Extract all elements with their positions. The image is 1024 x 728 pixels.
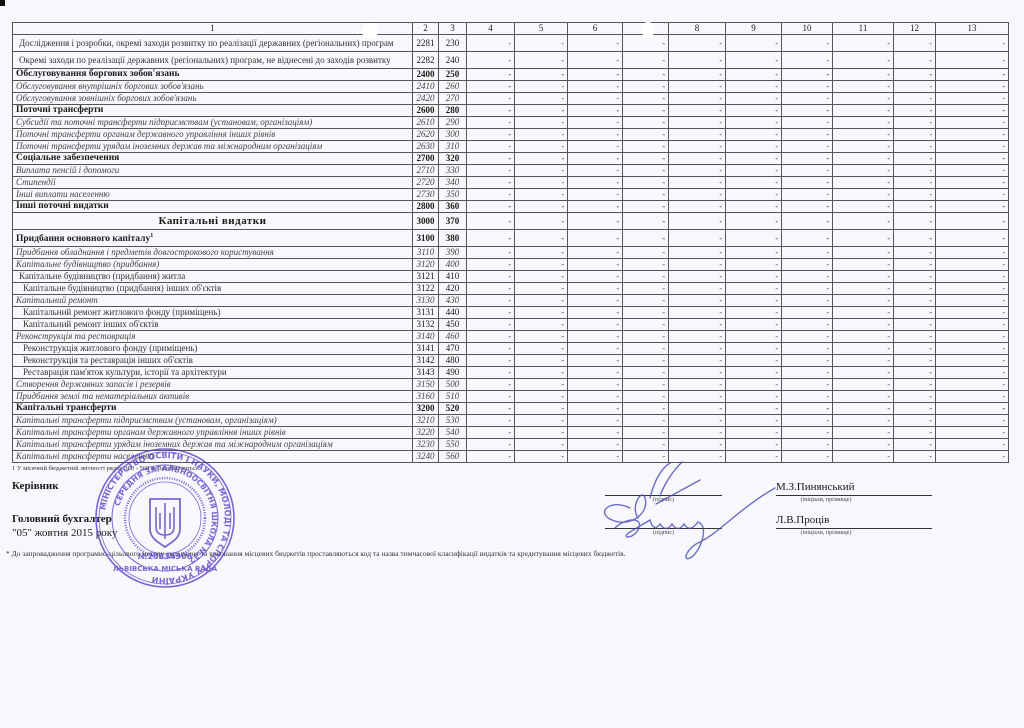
amount-cell: - — [467, 451, 515, 463]
column-header-9: 9 — [726, 23, 782, 35]
expenditure-table: 12345678910111213 Дослідження і розробки… — [12, 22, 1009, 463]
amount-cell: - — [833, 230, 894, 247]
row-label: Капітальні видатки — [13, 213, 413, 230]
amount-cell: - — [936, 295, 1009, 307]
amount-cell: - — [833, 247, 894, 259]
row-label: Капітальний ремонт інших об'єктів — [13, 319, 413, 331]
head-label: Керівник — [12, 480, 59, 492]
amount-cell: - — [568, 271, 623, 283]
row-label: Капітальні трансферти — [13, 403, 413, 415]
amount-cell: - — [782, 283, 833, 295]
amount-cell: - — [515, 283, 568, 295]
amount-cell: - — [623, 189, 669, 201]
amount-cell: - — [894, 247, 936, 259]
amount-cell: - — [568, 213, 623, 230]
amount-cell: - — [782, 319, 833, 331]
line-code: 280 — [439, 105, 467, 117]
amount-cell: - — [515, 331, 568, 343]
amount-cell: - — [623, 129, 669, 141]
amount-cell: - — [467, 343, 515, 355]
amount-cell: - — [467, 105, 515, 117]
kekv-code: 3143 — [413, 367, 439, 379]
amount-cell: - — [936, 439, 1009, 451]
amount-cell: - — [894, 295, 936, 307]
table-row: Обслуговування боргових зобов'язань24002… — [13, 69, 1009, 81]
amount-cell: - — [782, 379, 833, 391]
amount-cell: - — [936, 367, 1009, 379]
amount-cell: - — [833, 93, 894, 105]
amount-cell: - — [726, 415, 782, 427]
amount-cell: - — [669, 201, 726, 213]
amount-cell: - — [669, 343, 726, 355]
amount-cell: - — [936, 355, 1009, 367]
line-code: 520 — [439, 403, 467, 415]
footnote-marker: 1 — [150, 233, 153, 239]
amount-cell: - — [515, 391, 568, 403]
amount-cell: - — [833, 35, 894, 52]
amount-cell: - — [568, 165, 623, 177]
amount-cell: - — [936, 81, 1009, 93]
table-row: Поточні трансферти органам державного уп… — [13, 129, 1009, 141]
amount-cell: - — [833, 69, 894, 81]
row-label: Поточні трансферти — [13, 105, 413, 117]
amount-cell: - — [894, 307, 936, 319]
amount-cell: - — [669, 439, 726, 451]
line-code: 340 — [439, 177, 467, 189]
amount-cell: - — [936, 319, 1009, 331]
amount-cell: - — [833, 105, 894, 117]
amount-cell: - — [833, 153, 894, 165]
amount-cell: - — [782, 52, 833, 69]
amount-cell: - — [894, 213, 936, 230]
table-row: Інші виплати населенню2730350---------- — [13, 189, 1009, 201]
amount-cell: - — [936, 153, 1009, 165]
amount-cell: - — [467, 213, 515, 230]
amount-cell: - — [623, 307, 669, 319]
row-label: Реконструкція житлового фонду (приміщень… — [13, 343, 413, 355]
amount-cell: - — [515, 153, 568, 165]
amount-cell: - — [669, 93, 726, 105]
amount-cell: - — [782, 271, 833, 283]
amount-cell: - — [894, 271, 936, 283]
amount-cell: - — [623, 93, 669, 105]
amount-cell: - — [669, 331, 726, 343]
amount-cell: - — [894, 391, 936, 403]
amount-cell: - — [623, 283, 669, 295]
table-row: Капітальний ремонт3130430---------- — [13, 295, 1009, 307]
amount-cell: - — [669, 379, 726, 391]
amount-cell: - — [894, 129, 936, 141]
amount-cell: - — [782, 69, 833, 81]
kekv-code: 3000 — [413, 213, 439, 230]
amount-cell: - — [515, 35, 568, 52]
amount-cell: - — [515, 52, 568, 69]
amount-cell: - — [782, 165, 833, 177]
amount-cell: - — [833, 451, 894, 463]
row-label: Капітальні трансферти органам державного… — [13, 427, 413, 439]
line-code: 450 — [439, 319, 467, 331]
amount-cell: - — [782, 117, 833, 129]
amount-cell: - — [782, 355, 833, 367]
amount-cell: - — [894, 153, 936, 165]
amount-cell: - — [726, 271, 782, 283]
scan-blemish — [362, 23, 378, 39]
amount-cell: - — [515, 259, 568, 271]
row-label: Придбання основного капіталу1 — [13, 230, 413, 247]
amount-cell: - — [894, 117, 936, 129]
amount-cell: - — [726, 129, 782, 141]
table-row: Капітальний ремонт інших об'єктів3132450… — [13, 319, 1009, 331]
amount-cell: - — [623, 391, 669, 403]
amount-cell: - — [669, 105, 726, 117]
amount-cell: - — [833, 213, 894, 230]
line-code: 480 — [439, 355, 467, 367]
amount-cell: - — [669, 427, 726, 439]
amount-cell: - — [782, 230, 833, 247]
amount-cell: - — [936, 213, 1009, 230]
amount-cell: - — [623, 367, 669, 379]
table-row: Придбання обладнання і предметів довгост… — [13, 247, 1009, 259]
amount-cell: - — [726, 35, 782, 52]
amount-cell: - — [894, 415, 936, 427]
handwritten-signatures — [590, 458, 790, 568]
amount-cell: - — [936, 331, 1009, 343]
row-label: Поточні трансферти урядам іноземних держ… — [13, 141, 413, 153]
amount-cell: - — [936, 403, 1009, 415]
amount-cell: - — [833, 189, 894, 201]
line-code: 380 — [439, 230, 467, 247]
scan-corner-mark — [0, 0, 5, 6]
amount-cell: - — [894, 439, 936, 451]
row-label: Обслуговування боргових зобов'язань — [13, 69, 413, 81]
amount-cell: - — [623, 201, 669, 213]
table-row: Реставрація пам'яток культури, історії т… — [13, 367, 1009, 379]
amount-cell: - — [467, 117, 515, 129]
amount-cell: - — [515, 189, 568, 201]
amount-cell: - — [623, 271, 669, 283]
amount-cell: - — [782, 343, 833, 355]
amount-cell: - — [782, 129, 833, 141]
amount-cell: - — [515, 319, 568, 331]
table-row: Створення державних запасів і резервів31… — [13, 379, 1009, 391]
kekv-code: 2281 — [413, 35, 439, 52]
amount-cell: - — [833, 201, 894, 213]
amount-cell: - — [833, 271, 894, 283]
amount-cell: - — [467, 331, 515, 343]
amount-cell: - — [467, 81, 515, 93]
table-row: Поточні трансферти урядам іноземних держ… — [13, 141, 1009, 153]
amount-cell: - — [568, 343, 623, 355]
amount-cell: - — [726, 230, 782, 247]
svg-text:ЛЬВІВСЬКА МІСЬКА РАДА: ЛЬВІВСЬКА МІСЬКА РАДА — [113, 565, 218, 573]
amount-cell: - — [726, 93, 782, 105]
line-code: 300 — [439, 129, 467, 141]
amount-cell: - — [669, 129, 726, 141]
amount-cell: - — [936, 271, 1009, 283]
amount-cell: - — [726, 319, 782, 331]
amount-cell: - — [515, 230, 568, 247]
line-code: 500 — [439, 379, 467, 391]
table-row: Реконструкція житлового фонду (приміщень… — [13, 343, 1009, 355]
amount-cell: - — [669, 69, 726, 81]
line-code: 360 — [439, 201, 467, 213]
amount-cell: - — [515, 105, 568, 117]
amount-cell: - — [894, 259, 936, 271]
amount-cell: - — [894, 69, 936, 81]
amount-cell: - — [515, 165, 568, 177]
amount-cell: - — [515, 141, 568, 153]
kekv-code: 3132 — [413, 319, 439, 331]
amount-cell: - — [467, 379, 515, 391]
kekv-code: 2610 — [413, 117, 439, 129]
table-row: Капітальні трансферти підприємствам (уст… — [13, 415, 1009, 427]
amount-cell: - — [467, 439, 515, 451]
amount-cell: - — [669, 283, 726, 295]
amount-cell: - — [833, 129, 894, 141]
table-row: Капітальне будівництво (придбання)312040… — [13, 259, 1009, 271]
amount-cell: - — [568, 117, 623, 129]
kekv-code: 3120 — [413, 259, 439, 271]
row-label: Придбання обладнання і предметів довгост… — [13, 247, 413, 259]
amount-cell: - — [833, 165, 894, 177]
amount-cell: - — [669, 319, 726, 331]
amount-cell: - — [936, 93, 1009, 105]
amount-cell: - — [782, 367, 833, 379]
kekv-code: 3131 — [413, 307, 439, 319]
row-label: Обслуговування зовнішніх боргових зобов'… — [13, 93, 413, 105]
amount-cell: - — [568, 52, 623, 69]
amount-cell: - — [515, 355, 568, 367]
table-row: Стипендії2720340---------- — [13, 177, 1009, 189]
amount-cell: - — [894, 230, 936, 247]
amount-cell: - — [782, 415, 833, 427]
amount-cell: - — [833, 283, 894, 295]
amount-cell: - — [782, 153, 833, 165]
amount-cell: - — [669, 141, 726, 153]
amount-cell: - — [568, 201, 623, 213]
column-header-5: 5 — [515, 23, 568, 35]
amount-cell: - — [936, 391, 1009, 403]
kekv-code: 3110 — [413, 247, 439, 259]
table-row: Капітальний ремонт житлового фонду (прим… — [13, 307, 1009, 319]
amount-cell: - — [936, 105, 1009, 117]
amount-cell: - — [782, 295, 833, 307]
amount-cell: - — [467, 52, 515, 69]
table-row: Придбання основного капіталу13100380----… — [13, 230, 1009, 247]
amount-cell: - — [623, 319, 669, 331]
amount-cell: - — [623, 331, 669, 343]
amount-cell: - — [936, 117, 1009, 129]
amount-cell: - — [568, 69, 623, 81]
amount-cell: - — [669, 153, 726, 165]
line-code: 320 — [439, 153, 467, 165]
amount-cell: - — [833, 117, 894, 129]
table-row: Поточні трансферти2600280---------- — [13, 105, 1009, 117]
row-label: Субсидії та поточні трансферти підприємс… — [13, 117, 413, 129]
amount-cell: - — [833, 259, 894, 271]
amount-cell: - — [936, 451, 1009, 463]
amount-cell: - — [726, 247, 782, 259]
column-header-8: 8 — [669, 23, 726, 35]
kekv-code: 2282 — [413, 52, 439, 69]
amount-cell: - — [894, 177, 936, 189]
row-label: Реконструкція та реставрація інших об'єк… — [13, 355, 413, 367]
amount-cell: - — [894, 367, 936, 379]
amount-cell: - — [726, 391, 782, 403]
kekv-code: 2630 — [413, 141, 439, 153]
amount-cell: - — [467, 307, 515, 319]
amount-cell: - — [782, 93, 833, 105]
amount-cell: - — [515, 307, 568, 319]
table-row: Реконструкція та реставрація3140460-----… — [13, 331, 1009, 343]
amount-cell: - — [669, 247, 726, 259]
amount-cell: - — [894, 93, 936, 105]
amount-cell: - — [726, 105, 782, 117]
amount-cell: - — [726, 355, 782, 367]
amount-cell: - — [669, 307, 726, 319]
amount-cell: - — [568, 177, 623, 189]
amount-cell: - — [515, 271, 568, 283]
table-row: Соціальне забезпечення2700320---------- — [13, 153, 1009, 165]
amount-cell: - — [568, 319, 623, 331]
amount-cell: - — [568, 153, 623, 165]
amount-cell: - — [467, 403, 515, 415]
amount-cell: - — [782, 439, 833, 451]
amount-cell: - — [833, 52, 894, 69]
row-label: Стипендії — [13, 177, 413, 189]
amount-cell: - — [467, 367, 515, 379]
amount-cell: - — [894, 105, 936, 117]
amount-cell: - — [467, 153, 515, 165]
line-code: 230 — [439, 35, 467, 52]
kekv-code: 3200 — [413, 403, 439, 415]
amount-cell: - — [894, 35, 936, 52]
row-label: Капітальний ремонт житлового фонду (прим… — [13, 307, 413, 319]
row-label: Інші виплати населенню — [13, 189, 413, 201]
kekv-code: 3150 — [413, 379, 439, 391]
amount-cell: - — [669, 177, 726, 189]
table-row: Обслуговування зовнішніх боргових зобов'… — [13, 93, 1009, 105]
amount-cell: - — [623, 213, 669, 230]
amount-cell: - — [515, 379, 568, 391]
amount-cell: - — [894, 141, 936, 153]
table-row: Обслуговування внутрішніх боргових зобов… — [13, 81, 1009, 93]
amount-cell: - — [568, 141, 623, 153]
table-row: Виплата пенсій і допомоги2710330--------… — [13, 165, 1009, 177]
column-header-13: 13 — [936, 23, 1009, 35]
amount-cell: - — [669, 52, 726, 69]
row-label: Капітальний ремонт — [13, 295, 413, 307]
amount-cell: - — [782, 259, 833, 271]
amount-cell: - — [726, 81, 782, 93]
amount-cell: - — [568, 247, 623, 259]
amount-cell: - — [623, 117, 669, 129]
kekv-code: 2700 — [413, 153, 439, 165]
kekv-code: 3160 — [413, 391, 439, 403]
line-code: 270 — [439, 93, 467, 105]
amount-cell: - — [515, 117, 568, 129]
kekv-code: 3140 — [413, 331, 439, 343]
amount-cell: - — [936, 343, 1009, 355]
amount-cell: - — [669, 403, 726, 415]
amount-cell: - — [669, 391, 726, 403]
amount-cell: - — [568, 93, 623, 105]
table-row: Придбання землі та нематеріальних активі… — [13, 391, 1009, 403]
amount-cell: - — [568, 129, 623, 141]
amount-cell: - — [467, 427, 515, 439]
amount-cell: - — [782, 201, 833, 213]
amount-cell: - — [623, 427, 669, 439]
amount-cell: - — [726, 69, 782, 81]
amount-cell: - — [833, 319, 894, 331]
amount-cell: - — [623, 247, 669, 259]
row-label: Дослідження і розробки, окремі заходи ро… — [13, 35, 413, 52]
amount-cell: - — [936, 52, 1009, 69]
amount-cell: - — [515, 213, 568, 230]
amount-cell: - — [936, 69, 1009, 81]
amount-cell: - — [833, 439, 894, 451]
amount-cell: - — [623, 69, 669, 81]
amount-cell: - — [467, 165, 515, 177]
amount-cell: - — [936, 415, 1009, 427]
amount-cell: - — [782, 391, 833, 403]
amount-cell: - — [467, 247, 515, 259]
accountant-name-line — [776, 528, 932, 529]
amount-cell: - — [568, 331, 623, 343]
kekv-code: 3130 — [413, 295, 439, 307]
amount-cell: - — [467, 295, 515, 307]
amount-cell: - — [623, 35, 669, 52]
kekv-code: 2410 — [413, 81, 439, 93]
scan-blemish — [641, 22, 655, 37]
amount-cell: - — [515, 247, 568, 259]
amount-cell: - — [726, 427, 782, 439]
row-label: Виплата пенсій і допомоги — [13, 165, 413, 177]
amount-cell: - — [669, 165, 726, 177]
amount-cell: - — [936, 165, 1009, 177]
svg-text:СЕРЕДНЯ ЗАГАЛЬНООСВІТНЯ ШКОЛА: СЕРЕДНЯ ЗАГАЛЬНООСВІТНЯ ШКОЛА №32 — [113, 464, 219, 565]
row-label: Капітальні трансферти підприємствам (уст… — [13, 415, 413, 427]
amount-cell: - — [894, 343, 936, 355]
row-label: Капітальне будівництво (придбання) інших… — [13, 283, 413, 295]
amount-cell: - — [623, 177, 669, 189]
line-code: 420 — [439, 283, 467, 295]
head-name-line — [776, 495, 932, 496]
amount-cell: - — [515, 177, 568, 189]
row-label: Окремі заходи по реалізації державних (р… — [13, 52, 413, 69]
amount-cell: - — [894, 189, 936, 201]
kekv-code: 2710 — [413, 165, 439, 177]
amount-cell: - — [515, 69, 568, 81]
line-code: 490 — [439, 367, 467, 379]
amount-cell: - — [726, 367, 782, 379]
amount-cell: - — [894, 52, 936, 69]
amount-cell: - — [726, 141, 782, 153]
amount-cell: - — [669, 213, 726, 230]
kekv-code: 3210 — [413, 415, 439, 427]
table-row: Інші поточні видатки2800360---------- — [13, 201, 1009, 213]
amount-cell: - — [467, 69, 515, 81]
amount-cell: - — [568, 295, 623, 307]
amount-cell: - — [623, 343, 669, 355]
amount-cell: - — [467, 230, 515, 247]
amount-cell: - — [726, 307, 782, 319]
amount-cell: - — [515, 451, 568, 463]
amount-cell: - — [936, 230, 1009, 247]
amount-cell: - — [833, 331, 894, 343]
line-code: 350 — [439, 189, 467, 201]
amount-cell: - — [623, 105, 669, 117]
